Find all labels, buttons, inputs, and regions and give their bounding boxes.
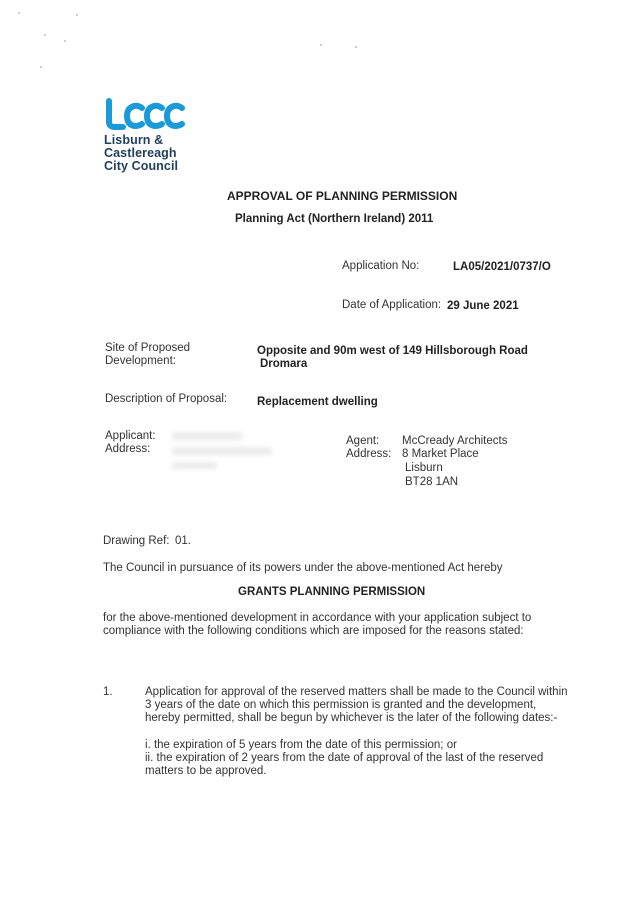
logo-name-line: City Council xyxy=(104,160,204,173)
site-label-line: Development: xyxy=(105,355,190,368)
description-label: Description of Proposal: xyxy=(105,393,227,406)
document-title: APPROVAL OF PLANNING PERMISSION xyxy=(227,189,457,203)
agent-name: McCready Architects xyxy=(402,435,507,448)
agent-address-line: BT28 1AN xyxy=(402,476,479,489)
grant-heading: GRANTS PLANNING PERMISSION xyxy=(238,586,425,598)
agent-address-line: Lisburn xyxy=(402,462,479,475)
grant-text-line: compliance with the following conditions… xyxy=(103,625,531,638)
grant-text-line: for the above-mentioned development in a… xyxy=(103,612,531,625)
condition-text-line: hereby permitted, shall be begun by whic… xyxy=(145,712,568,725)
scan-speck xyxy=(18,12,20,14)
condition-text-line: Application for approval of the reserved… xyxy=(145,686,568,699)
redacted-applicant-name xyxy=(172,432,242,440)
site-label-line: Site of Proposed xyxy=(105,342,190,355)
drawing-ref-label: Drawing Ref: xyxy=(103,535,169,548)
council-logo: Lisburn & Castlereagh City Council xyxy=(104,98,204,173)
applicant-address-label: Address: xyxy=(105,443,150,456)
act-subtitle: Planning Act (Northern Ireland) 2011 xyxy=(235,213,433,225)
grant-text: for the above-mentioned development in a… xyxy=(103,612,531,638)
site-value-line: Opposite and 90m west of 149 Hillsboroug… xyxy=(257,345,528,358)
condition-text: Application for approval of the reserved… xyxy=(145,686,568,725)
site-label: Site of Proposed Development: xyxy=(105,342,190,368)
agent-address-line: 8 Market Place xyxy=(402,448,479,461)
condition-sub-line: matters to be approved. xyxy=(145,765,543,778)
scan-speck xyxy=(76,14,78,16)
scan-speck xyxy=(64,40,66,42)
application-number-value: LA05/2021/0737/O xyxy=(453,261,551,274)
application-date-label: Date of Application: xyxy=(342,299,441,312)
agent-address: 8 Market Place Lisburn BT28 1AN xyxy=(402,448,479,489)
application-number-label: Application No: xyxy=(342,260,419,273)
scan-speck xyxy=(40,66,42,68)
lccc-logo-mark-icon xyxy=(104,98,188,130)
scan-speck xyxy=(44,34,46,36)
redacted-applicant-address xyxy=(172,447,272,455)
drawing-ref-value: 01. xyxy=(175,535,191,548)
application-date-value: 29 June 2021 xyxy=(447,300,519,313)
agent-address-label: Address: xyxy=(346,448,391,461)
site-value: Opposite and 90m west of 149 Hillsboroug… xyxy=(257,345,528,371)
agent-label: Agent: xyxy=(346,435,379,448)
site-value-line: Dromara xyxy=(257,358,528,371)
condition-sub-line: i. the expiration of 5 years from the da… xyxy=(145,739,543,752)
condition-sub-items: i. the expiration of 5 years from the da… xyxy=(145,739,543,778)
redacted-applicant-address xyxy=(172,462,217,469)
applicant-label: Applicant: xyxy=(105,430,156,443)
description-value: Replacement dwelling xyxy=(257,396,378,409)
scan-speck xyxy=(320,44,322,46)
intro-text: The Council in pursuance of its powers u… xyxy=(103,562,503,575)
scan-speck xyxy=(355,46,357,48)
condition-number: 1. xyxy=(103,686,113,699)
condition-sub-line: ii. the expiration of 2 years from the d… xyxy=(145,752,543,765)
condition-text-line: 3 years of the date on which this permis… xyxy=(145,699,568,712)
